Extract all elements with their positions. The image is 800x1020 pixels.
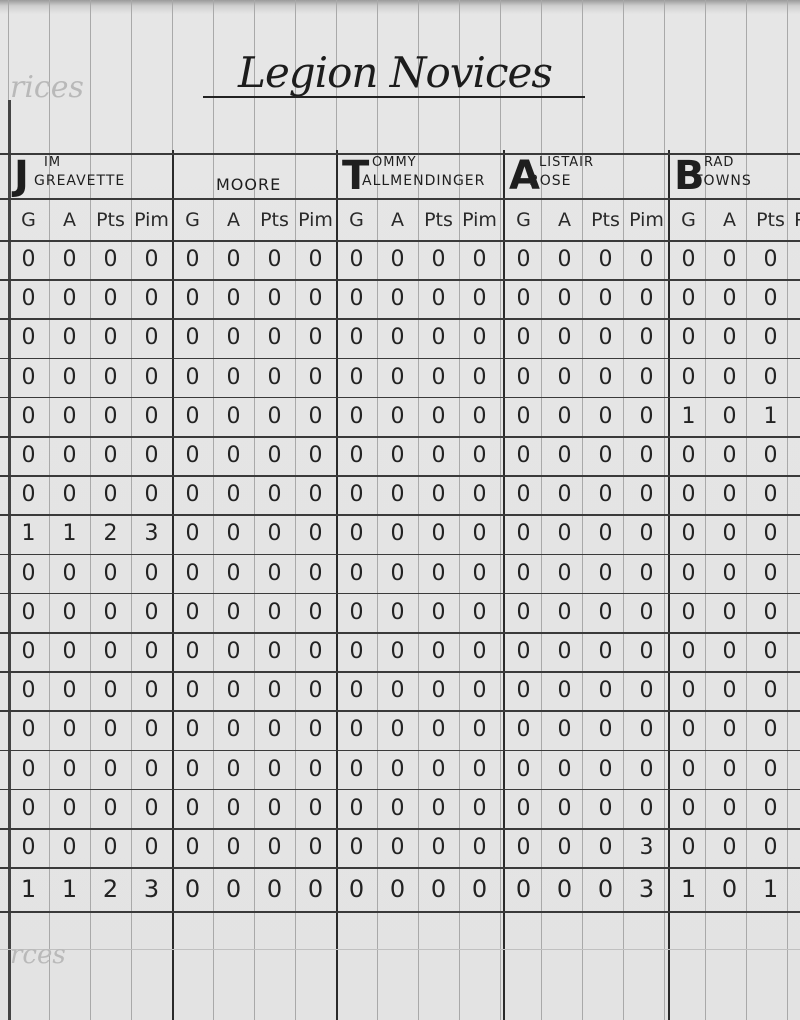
title-underline [203,96,585,98]
stat-cell: 0 [544,710,585,750]
stat-header: G [503,200,544,240]
stat-header: G [668,200,709,240]
stat-cell: 0 [295,554,336,594]
stat-cell: 0 [418,554,459,594]
stat-cell: 0 [418,828,459,868]
total-cell: 0 [503,867,544,911]
stat-cell: 0 [791,632,800,672]
stat-cell: 0 [49,632,90,672]
stat-cell: 0 [8,397,49,437]
stat-header: A [213,200,254,240]
stat-cell: 0 [459,436,500,476]
stat-cell: 0 [668,789,709,829]
total-cell: 1 [750,867,791,911]
stat-cell: 0 [131,828,172,868]
stat-cell: 0 [90,397,131,437]
stat-cell: 0 [418,789,459,829]
stat-header: Pts [585,200,626,240]
stat-cell: 0 [709,750,750,790]
stat-cell: 0 [750,358,791,398]
stat-cell: 0 [49,436,90,476]
stat-cell: 0 [254,397,295,437]
total-cell: 0 [254,867,295,911]
stat-cell: 0 [750,789,791,829]
stat-cell: 0 [709,593,750,633]
stat-cell: 0 [213,397,254,437]
stat-cell: 0 [336,789,377,829]
stat-cell: 0 [8,554,49,594]
stat-cell: 0 [254,671,295,711]
stat-cell: 0 [131,279,172,319]
stat-cell: 0 [668,279,709,319]
stat-cell: 0 [49,828,90,868]
stat-cell: 0 [8,475,49,515]
stat-cell: 0 [90,318,131,358]
stat-cell: 0 [172,240,213,280]
stat-cell: 0 [254,828,295,868]
player-name: TommyAllmendinger [336,153,500,198]
stat-cell: 0 [131,436,172,476]
stat-cell: 0 [172,789,213,829]
stat-cell: 0 [791,750,800,790]
total-cell: 0 [213,867,254,911]
stat-cell: 0 [503,358,544,398]
player-initial: J [14,153,29,199]
stat-cell: 0 [213,789,254,829]
stat-cell: 0 [295,318,336,358]
stat-cell: 0 [213,358,254,398]
total-cell: 3 [131,867,172,911]
total-cell: 3 [791,867,800,911]
stat-cell: 0 [172,318,213,358]
stat-cell: 0 [544,436,585,476]
stat-cell: 0 [750,671,791,711]
stat-cell: 0 [503,632,544,672]
stat-cell: 0 [585,828,626,868]
total-cell: 0 [336,867,377,911]
stat-cell: 0 [336,632,377,672]
stat-cell: 0 [254,279,295,319]
stat-cell: 0 [750,554,791,594]
stat-cell: 0 [459,514,500,554]
stat-cell: 0 [131,593,172,633]
stat-cell: 0 [90,710,131,750]
page-title: Legion Novices [205,48,585,98]
total-cell: 0 [459,867,500,911]
stat-cell: 0 [295,240,336,280]
stat-cell: 0 [459,593,500,633]
stat-cell: 0 [172,593,213,633]
stat-cell: 0 [295,593,336,633]
stat-cell: 0 [377,632,418,672]
stat-cell: 0 [750,436,791,476]
stat-cell: 0 [8,828,49,868]
stat-cell: 0 [750,318,791,358]
stat-cell: 0 [254,632,295,672]
stat-cell: 0 [709,632,750,672]
stat-cell: 0 [336,828,377,868]
stat-header: Pts [750,200,791,240]
stat-cell: 0 [459,632,500,672]
stat-cell: 0 [254,750,295,790]
stat-cell: 0 [336,593,377,633]
stat-cell: 0 [131,554,172,594]
stat-cell: 0 [90,632,131,672]
stat-cell: 0 [254,789,295,829]
stat-cell: 0 [626,593,667,633]
stat-cell: 0 [295,514,336,554]
stat-cell: 0 [585,710,626,750]
stat-cell: 0 [172,514,213,554]
stat-header: G [336,200,377,240]
total-cell: 1 [668,867,709,911]
stat-cell: 0 [459,789,500,829]
stat-cell: 0 [254,554,295,594]
stat-cell: 3 [626,828,667,868]
stat-cell: 0 [336,318,377,358]
stat-cell: 0 [791,397,800,437]
stat-cell: 3 [131,514,172,554]
stat-cell: 0 [336,710,377,750]
stat-cell: 0 [213,554,254,594]
stat-cell: 0 [336,475,377,515]
stat-cell: 0 [709,514,750,554]
stat-cell: 0 [418,750,459,790]
stat-cell: 0 [544,632,585,672]
stat-header-row: GAPtsPim [668,200,800,240]
stat-cell: 0 [544,671,585,711]
stat-cell: 0 [750,632,791,672]
stat-cell: 0 [544,514,585,554]
stat-cell: 0 [709,789,750,829]
stat-cell: 0 [459,475,500,515]
stat-cell: 0 [544,279,585,319]
stat-cell: 0 [377,436,418,476]
stat-cell: 0 [213,671,254,711]
stat-cell: 0 [544,554,585,594]
stat-cell: 0 [131,789,172,829]
stat-cell: 0 [626,554,667,594]
stat-cell: 0 [585,279,626,319]
stat-cell: 0 [254,475,295,515]
total-cell: 3 [626,867,667,911]
stat-cell: 0 [503,789,544,829]
stat-header: Pim [131,200,172,240]
stat-cell: 0 [8,279,49,319]
stat-cell: 0 [418,632,459,672]
stat-cell: 0 [626,789,667,829]
stat-cell: 0 [750,240,791,280]
stat-cell: 0 [791,671,800,711]
stat-cell: 0 [8,750,49,790]
stat-cell: 0 [377,475,418,515]
stat-cell: 0 [336,279,377,319]
stat-cell: 0 [459,750,500,790]
stat-cell: 1 [49,514,90,554]
stat-header: Pim [459,200,500,240]
stat-header: Pts [90,200,131,240]
stat-cell: 0 [668,828,709,868]
stat-cell: 0 [8,710,49,750]
stat-cell: 0 [626,240,667,280]
stat-cell: 0 [90,475,131,515]
total-cell: 0 [418,867,459,911]
stat-cell: 0 [172,710,213,750]
stat-cell: 0 [459,358,500,398]
stat-cell: 0 [377,514,418,554]
stat-cell: 0 [585,593,626,633]
stat-cell: 0 [418,475,459,515]
stat-cell: 0 [791,554,800,594]
player-first-name: listair [539,155,594,170]
stat-cell: 1 [668,397,709,437]
stat-cell: 0 [90,436,131,476]
stat-cell: 0 [626,750,667,790]
stat-cell: 0 [8,632,49,672]
stat-cell: 0 [295,279,336,319]
stat-cell: 0 [585,632,626,672]
player-last-name: Towns [694,173,752,189]
stat-cell: 0 [295,436,336,476]
stat-cell: 0 [418,240,459,280]
stat-cell: 0 [49,240,90,280]
stat-cell: 0 [49,554,90,594]
stat-cell: 0 [791,514,800,554]
stat-cell: 3 [791,789,800,829]
stat-cell: 0 [418,671,459,711]
stat-cell: 0 [254,436,295,476]
stat-cell: 0 [544,828,585,868]
stat-cell: 0 [626,397,667,437]
stat-cell: 0 [418,436,459,476]
bleed-through-text: rces [10,940,66,970]
total-cell: 0 [377,867,418,911]
stat-cell: 0 [295,671,336,711]
stat-cell: 0 [418,710,459,750]
stat-cell: 0 [336,358,377,398]
player-name: BradTowns [668,153,800,198]
stat-cell: 0 [377,318,418,358]
player-name: Moore [172,153,336,198]
stat-cell: 0 [213,593,254,633]
stat-cell: 0 [585,789,626,829]
stat-header: A [544,200,585,240]
stat-cell: 0 [213,436,254,476]
stat-cell: 0 [791,593,800,633]
stat-cell: 0 [131,358,172,398]
stat-cell: 0 [791,279,800,319]
stat-header: A [49,200,90,240]
stat-cell: 0 [172,671,213,711]
stat-cell: 0 [336,397,377,437]
stat-cell: 0 [544,358,585,398]
stat-cell: 0 [750,593,791,633]
stat-cell: 0 [503,514,544,554]
stat-cell: 0 [131,632,172,672]
stat-cell: 0 [709,475,750,515]
stat-cell: 0 [459,279,500,319]
stat-cell: 0 [791,475,800,515]
stat-cell: 0 [131,475,172,515]
stat-cell: 0 [131,750,172,790]
stat-cell: 0 [668,240,709,280]
stat-cell: 0 [377,789,418,829]
stat-cell: 0 [668,514,709,554]
stat-cell: 0 [791,436,800,476]
stat-cell: 0 [131,318,172,358]
stat-cell: 0 [668,632,709,672]
stat-cell: 0 [668,710,709,750]
stat-cell: 0 [709,397,750,437]
stat-cell: 0 [254,240,295,280]
stat-cell: 0 [418,397,459,437]
scoresheet-page: rices rces Legion Novices JimGreavetteGA… [0,0,800,1020]
stat-cell: 0 [336,436,377,476]
stat-cell: 0 [544,750,585,790]
stat-cell: 0 [709,436,750,476]
stat-cell: 0 [709,710,750,750]
stat-cell: 0 [668,593,709,633]
stat-cell: 0 [585,475,626,515]
stat-cell: 0 [172,475,213,515]
stat-cell: 0 [585,240,626,280]
stat-cell: 0 [791,240,800,280]
stat-cell: 0 [49,279,90,319]
stat-cell: 0 [503,318,544,358]
stat-cell: 0 [750,710,791,750]
stat-cell: 0 [459,828,500,868]
total-cell: 1 [8,867,49,911]
stat-cell: 0 [791,710,800,750]
stat-cell: 0 [336,750,377,790]
stat-header: A [709,200,750,240]
stat-cell: 0 [585,514,626,554]
stat-cell: 1 [750,397,791,437]
stat-cell: 0 [295,710,336,750]
stat-header-row: GAPtsPim [8,200,172,240]
stat-cell: 0 [709,671,750,711]
stat-cell: 0 [172,436,213,476]
stat-cell: 0 [418,318,459,358]
stat-cell: 0 [544,397,585,437]
stat-cell: 0 [8,318,49,358]
stat-cell: 0 [377,554,418,594]
stat-header: Pim [626,200,667,240]
stat-header: G [172,200,213,240]
stat-cell: 0 [8,240,49,280]
stat-cell: 0 [295,397,336,437]
stat-cell: 0 [750,514,791,554]
stat-cell: 0 [254,318,295,358]
stat-header-row: GAPtsPim [336,200,500,240]
stat-cell: 0 [213,514,254,554]
stat-cell: 0 [585,750,626,790]
stat-cell: 0 [709,318,750,358]
player-last-name: Moore [216,175,281,194]
stat-cell: 0 [750,750,791,790]
stat-cell: 0 [8,436,49,476]
stat-cell: 0 [418,358,459,398]
stat-cell: 0 [131,240,172,280]
stat-cell: 0 [295,632,336,672]
stat-cell: 0 [503,475,544,515]
stat-cell: 0 [544,593,585,633]
stat-cell: 0 [626,436,667,476]
stat-cell: 0 [750,279,791,319]
stat-cell: 0 [626,514,667,554]
player-first-name: ommy [372,155,417,170]
totals-rule [0,911,800,913]
stat-cell: 0 [295,475,336,515]
stat-cell: 0 [377,240,418,280]
stat-cell: 0 [709,279,750,319]
player-last-name: Allmendinger [362,173,485,189]
stat-cell: 0 [750,828,791,868]
stat-cell: 0 [213,632,254,672]
stat-cell: 0 [254,710,295,750]
stat-cell: 0 [336,671,377,711]
total-cell: 2 [90,867,131,911]
stat-cell: 0 [49,318,90,358]
stat-cell: 0 [8,671,49,711]
stat-cell: 0 [377,671,418,711]
stat-cell: 0 [172,750,213,790]
stat-cell: 0 [709,554,750,594]
stat-cell: 0 [668,671,709,711]
stat-header: Pim [791,200,800,240]
ledger-rule [0,949,800,950]
stat-cell: 0 [459,240,500,280]
stat-cell: 0 [172,828,213,868]
stat-cell: 0 [172,632,213,672]
total-cell: 0 [709,867,750,911]
stat-cell: 0 [377,750,418,790]
stat-cell: 0 [626,475,667,515]
stat-cell: 0 [90,828,131,868]
stat-cell: 0 [8,789,49,829]
stat-cell: 0 [503,593,544,633]
stat-cell: 0 [295,789,336,829]
stat-cell: 0 [49,750,90,790]
stat-cell: 0 [791,358,800,398]
player-first-name: rad [704,155,734,170]
stat-cell: 0 [503,750,544,790]
total-cell: 0 [172,867,213,911]
stat-cell: 0 [709,358,750,398]
player-last-name: Rose [529,173,571,189]
stat-cell: 0 [585,397,626,437]
stat-cell: 0 [544,475,585,515]
stat-cell: 0 [213,240,254,280]
stat-cell: 0 [213,710,254,750]
stat-cell: 0 [172,397,213,437]
stat-cell: 0 [418,593,459,633]
stat-cell: 0 [90,279,131,319]
stat-cell: 0 [626,710,667,750]
stat-cell: 0 [585,358,626,398]
stat-cell: 0 [8,593,49,633]
stat-cell: 0 [377,279,418,319]
player-name: JimGreavette [8,153,172,198]
stat-cell: 0 [668,750,709,790]
stat-cell: 0 [459,671,500,711]
stat-cell: 0 [459,710,500,750]
stat-cell: 0 [90,593,131,633]
stat-cell: 0 [336,554,377,594]
stat-cell: 0 [709,240,750,280]
stat-cell: 0 [49,475,90,515]
stat-cell: 0 [295,828,336,868]
